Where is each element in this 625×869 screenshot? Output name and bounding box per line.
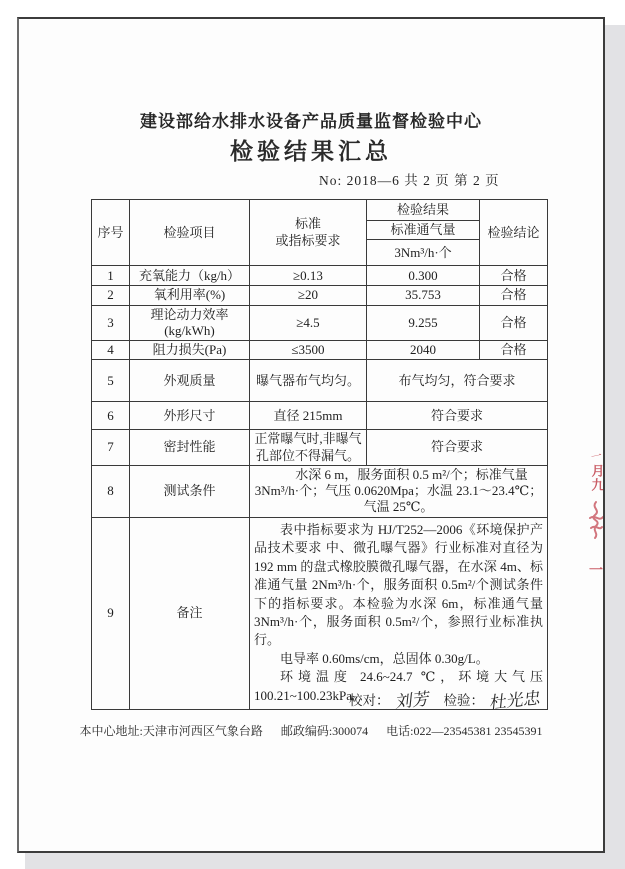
row-item: 充氧能力（kg/h） [130, 266, 250, 286]
header-conclusion: 检验结论 [480, 200, 548, 266]
table-row: 4 阻力损失(Pa) ≤3500 2040 合格 [92, 341, 548, 360]
proofread-label: 校对： [349, 689, 390, 709]
row-result: 35.753 [367, 286, 480, 305]
row-result: 2040 [367, 341, 480, 360]
row-item: 外形尺寸 [130, 402, 250, 430]
table-row: 3 理论动力效率 (kg/kWh) ≥4.5 9.255 合格 [92, 305, 548, 341]
row-standard: ≥20 [250, 286, 367, 305]
row-no: 9 [92, 517, 130, 709]
row-no: 7 [92, 430, 130, 466]
row-standard: 曝气器布气均匀。 [250, 360, 367, 402]
footer-contact-line: 本中心地址:天津市河西区气象台路邮政编码:300074电话:022—235453… [19, 722, 603, 739]
row-item: 理论动力效率 (kg/kWh) [130, 305, 250, 341]
row-standard: ≥4.5 [250, 305, 367, 341]
stamp-stroke: 一 [589, 450, 602, 463]
row-standard: 正常曝气时,非曝气 孔部位不得漏气。 [250, 430, 367, 466]
red-edge-stamp: 一 月九 一 [583, 451, 605, 601]
inspector-label: 检验： [444, 689, 485, 709]
row-result: 布气均匀，符合要求 [367, 360, 548, 402]
row-item: 阻力损失(Pa) [130, 341, 250, 360]
row-item: 氧利用率(%) [130, 286, 250, 305]
row-no: 2 [92, 286, 130, 305]
document-number: No: 2018—6 共 2 页 第 2 页 [319, 169, 500, 189]
proofread-signature: 刘芳 [394, 684, 430, 713]
stamp-stroke: 一 [589, 564, 603, 578]
row-no: 5 [92, 360, 130, 402]
header-seq: 序号 [92, 200, 130, 266]
row-item: 测试条件 [130, 465, 250, 517]
row-standard: 直径 215mm [250, 402, 367, 430]
footer-phone: 电话:022—23545381 23545391 [386, 724, 542, 738]
row-result: 0.300 [367, 266, 480, 286]
results-table: 序号 检验项目 标准 或指标要求 检验结果 检验结论 标准通气量 3Nm³/h·… [91, 199, 548, 710]
row-item: 密封性能 [130, 430, 250, 466]
table-row: 9 备注 表中指标要求为 HJ/T252—2006《环境保护产品技术要求 中、微… [92, 517, 548, 709]
table-row: 2 氧利用率(%) ≥20 35.753 合格 [92, 286, 548, 305]
row-result: 9.255 [367, 305, 480, 341]
table-row: 5 外观质量 曝气器布气均匀。 布气均匀，符合要求 [92, 360, 548, 402]
row-remark: 表中指标要求为 HJ/T252—2006《环境保护产品技术要求 中、微孔曝气器》… [250, 517, 548, 709]
remark-paragraph: 表中指标要求为 HJ/T252—2006《环境保护产品技术要求 中、微孔曝气器》… [254, 521, 543, 650]
header-result-sub: 标准通气量 [367, 221, 480, 240]
row-condition-text: 水深 6 m，服务面积 0.5 m²/个；标准气量 3Nm³/h·个；气压 0.… [250, 465, 548, 517]
table-header-row: 序号 检验项目 标准 或指标要求 检验结果 检验结论 [92, 200, 548, 221]
row-result: 符合要求 [367, 430, 548, 466]
row-item: 备注 [130, 517, 250, 709]
remark-paragraph: 电导率 0.60ms/cm，总固体 0.30g/L。 [254, 650, 543, 668]
row-no: 1 [92, 266, 130, 286]
row-no: 3 [92, 305, 130, 341]
header-result: 检验结果 [367, 200, 480, 221]
row-no: 8 [92, 465, 130, 517]
table-row: 7 密封性能 正常曝气时,非曝气 孔部位不得漏气。 符合要求 [92, 430, 548, 466]
table-row: 6 外形尺寸 直径 215mm 符合要求 [92, 402, 548, 430]
row-standard: ≥0.13 [250, 266, 367, 286]
row-item: 外观质量 [130, 360, 250, 402]
stamp-scribble-icon [587, 500, 605, 540]
row-no: 4 [92, 341, 130, 360]
row-conclusion: 合格 [480, 286, 548, 305]
table-row: 1 充氧能力（kg/h） ≥0.13 0.300 合格 [92, 266, 548, 286]
signature-row: 校对： 刘芳 检验： 杜光忠 [349, 689, 599, 711]
footer-address: 本中心地址:天津市河西区气象台路 [79, 724, 262, 738]
row-result: 符合要求 [367, 402, 548, 430]
organization-title: 建设部给水排水设备产品质量监督检验中心 [19, 107, 603, 132]
table-row: 8 测试条件 水深 6 m，服务面积 0.5 m²/个；标准气量 3Nm³/h·… [92, 465, 548, 517]
document-page: 建设部给水排水设备产品质量监督检验中心 检验结果汇总 No: 2018—6 共 … [17, 17, 605, 853]
row-no: 6 [92, 402, 130, 430]
header-item: 检验项目 [130, 200, 250, 266]
inspector-signature: 杜光忠 [489, 683, 542, 714]
row-conclusion: 合格 [480, 305, 548, 341]
row-conclusion: 合格 [480, 266, 548, 286]
footer-postcode: 邮政编码:300074 [281, 724, 368, 738]
header-result-unit: 3Nm³/h·个 [367, 240, 480, 266]
document-title: 检验结果汇总 [19, 133, 603, 166]
row-conclusion: 合格 [480, 341, 548, 360]
row-standard: ≤3500 [250, 341, 367, 360]
header-standard: 标准 或指标要求 [250, 200, 367, 266]
stamp-date-characters: 月九 [590, 464, 603, 492]
